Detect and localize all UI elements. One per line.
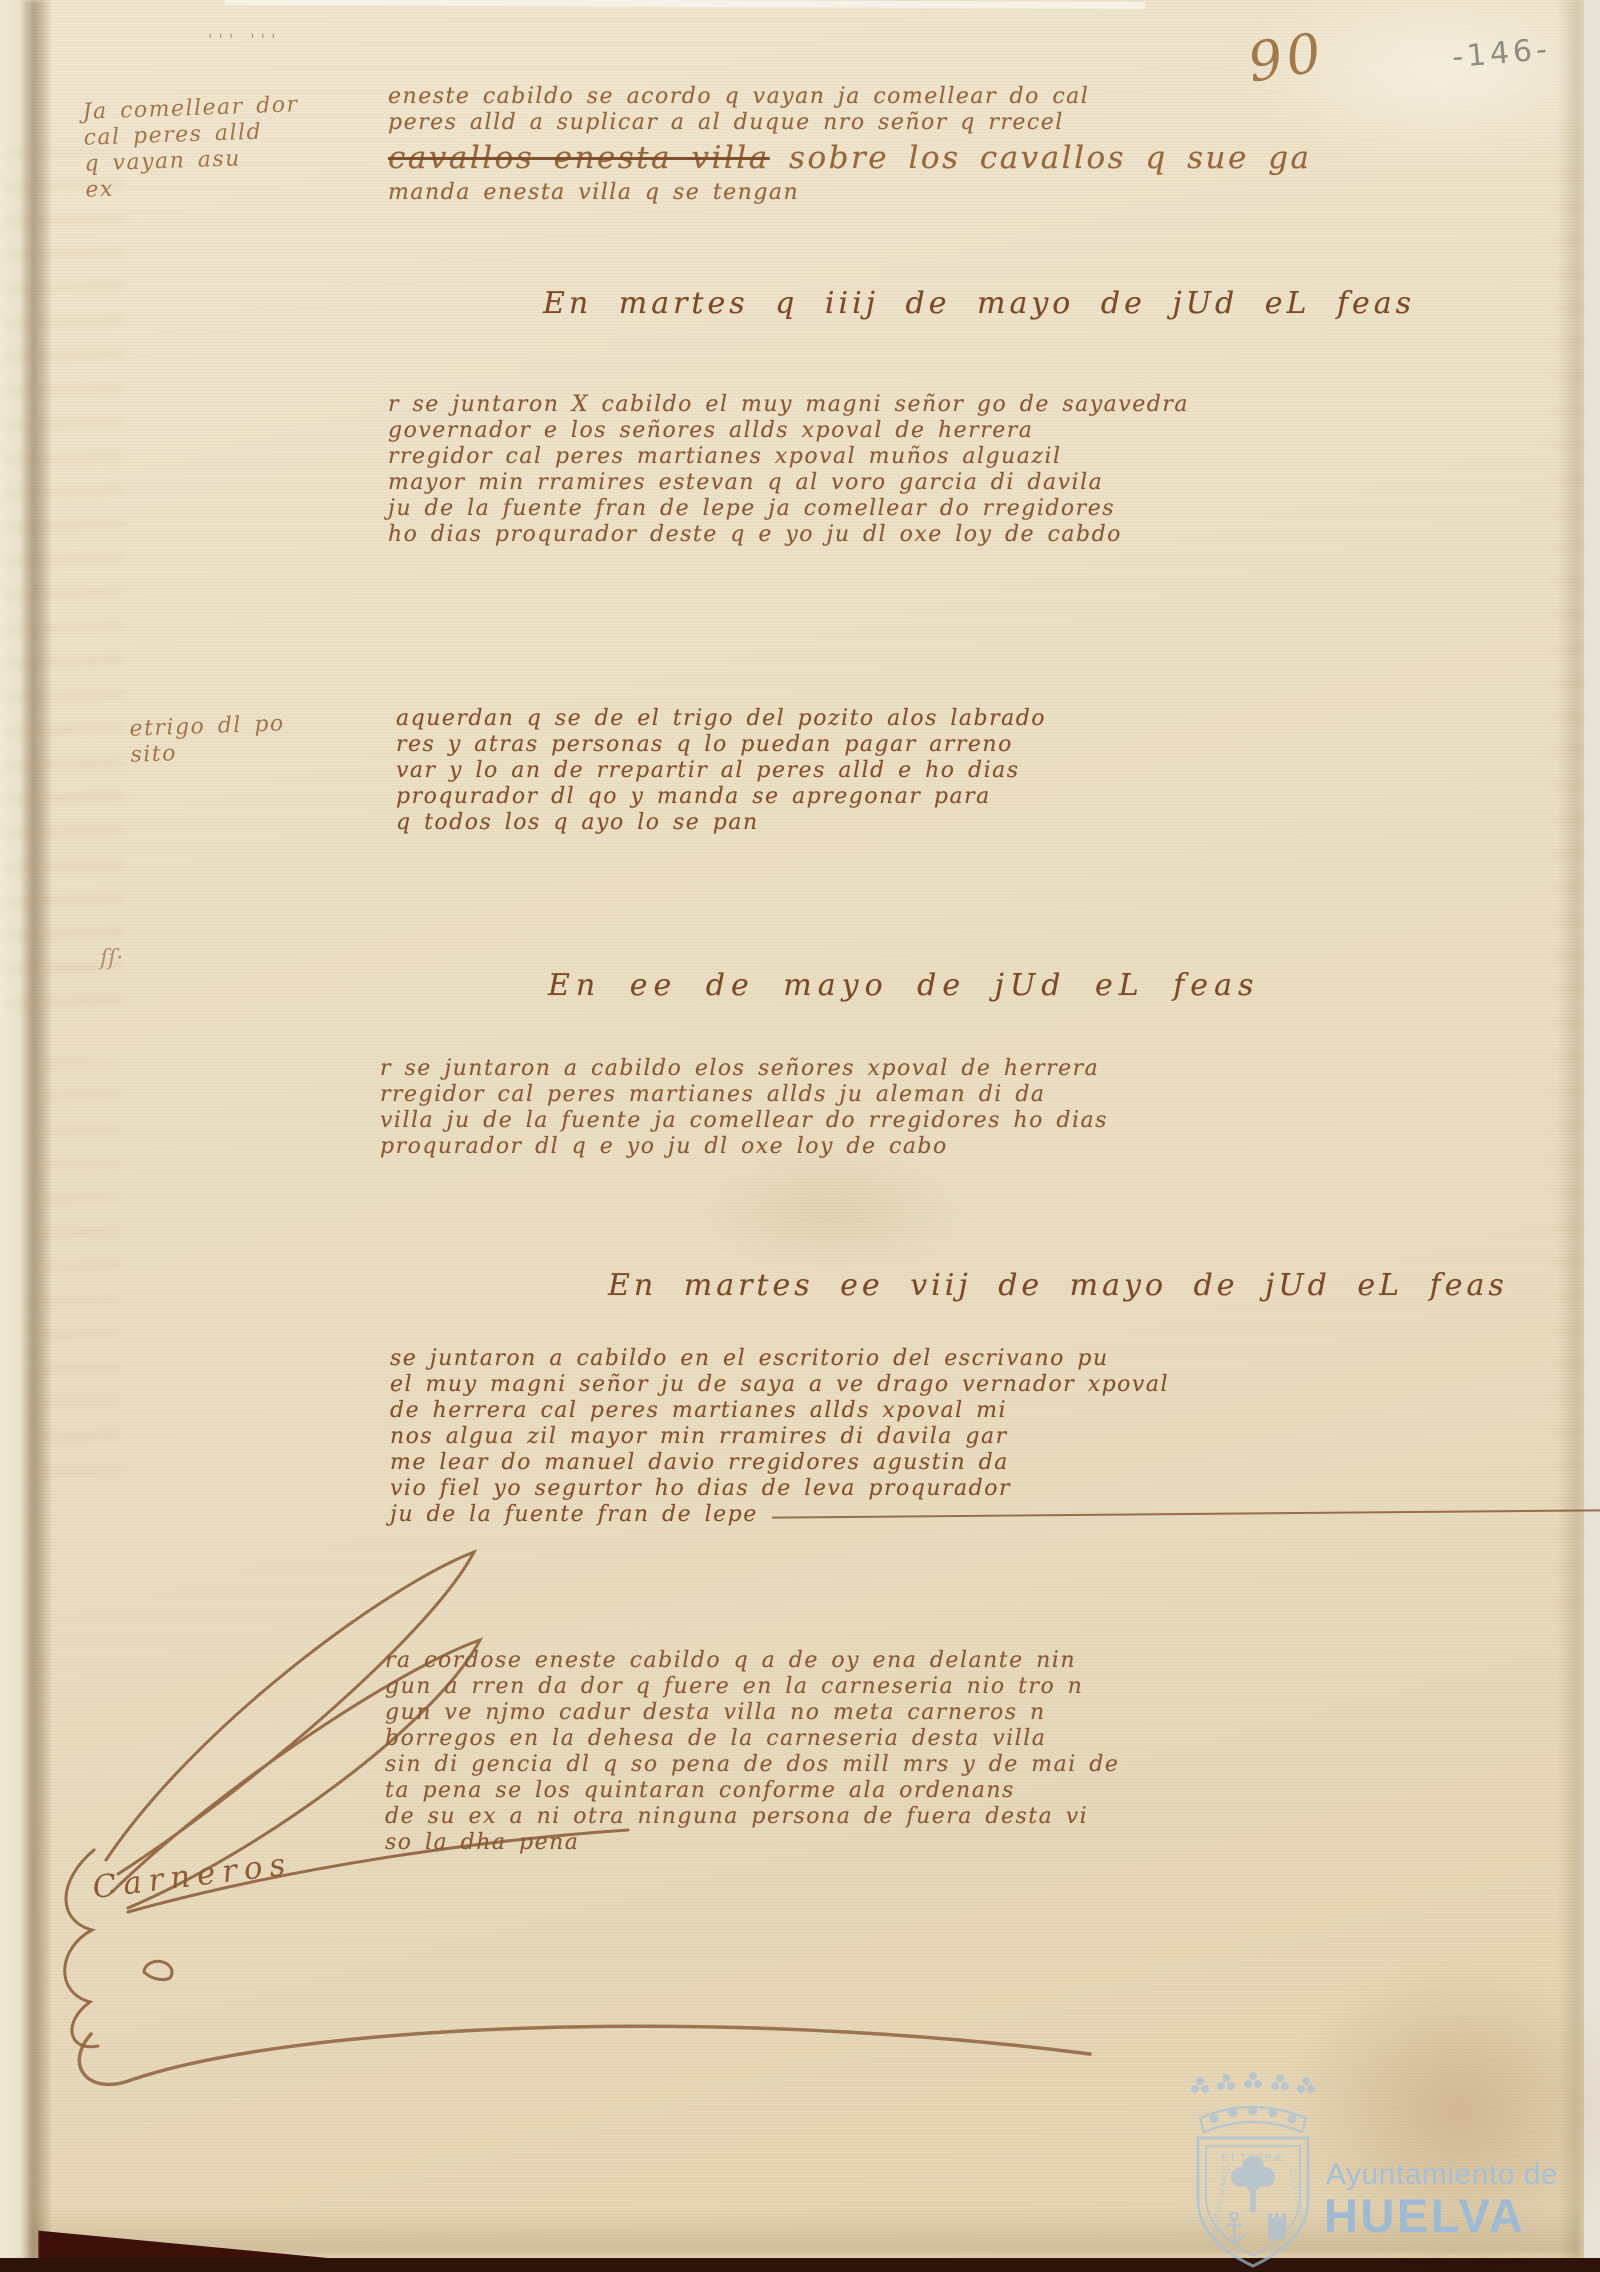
manuscript-scan-page: 90 -146- ''' ''' Ja comellear dorcal per…: [0, 0, 1600, 2272]
manuscript-line: ju de la fuente fran de lepe: [390, 1502, 1585, 1528]
manuscript-line: r se juntaron X cabildo el muy magni señ…: [388, 392, 1583, 418]
manuscript-line: rregidor cal peres martianes allds ju al…: [380, 1082, 1580, 1108]
manuscript-line: nos algua zil mayor min rramires di davi…: [390, 1424, 1585, 1450]
scan-background-top: [225, 0, 1145, 9]
watermark-org-name: Ayuntamiento de: [1326, 2158, 1558, 2192]
manuscript-line: manda enesta villa q se tengan: [388, 180, 1578, 206]
scan-background-right: [1584, 0, 1600, 2272]
manuscript-line: var y lo an de rrepartir al peres alld e…: [396, 758, 1576, 784]
margin-note-approval: Ja comellear dorcal peres alldq vayan as…: [82, 92, 301, 203]
manuscript-line: vio fiel yo segurtor ho dias de leva pro…: [390, 1476, 1585, 1502]
interlinear-rule: [772, 1509, 1600, 1518]
manuscript-line: sin di gencia dl q so pena de dos mill m…: [385, 1752, 1585, 1778]
entry-paragraph: eneste cabildo se acordo q vayan ja come…: [388, 84, 1578, 206]
manuscript-line: cavallos enesta villa sobre los cavallos…: [388, 136, 1578, 180]
manuscript-line: proqurador dl qo y manda se apregonar pa…: [396, 784, 1576, 810]
manuscript-line: rregidor cal peres martianes xpoval muño…: [388, 444, 1583, 470]
entry-paragraph: ra cordose eneste cabildo q a de oy ena …: [385, 1648, 1585, 1856]
manuscript-line: sito: [130, 737, 286, 768]
entry-heading: En martes ee viij de mayo de jUd eL feas: [608, 1268, 1508, 1303]
manuscript-line: eneste cabildo se acordo q vayan ja come…: [388, 84, 1578, 110]
manuscript-line: de su ex a ni otra ninguna persona de fu…: [385, 1804, 1585, 1830]
manuscript-line: r se juntaron a cabildo elos señores xpo…: [380, 1056, 1580, 1082]
struck-text: cavallos enesta villa: [388, 140, 770, 176]
manuscript-line: proqurador dl q e yo ju dl oxe loy de ca…: [380, 1134, 1580, 1160]
manuscript-line: ho dias proqurador deste q e yo ju dl ox…: [388, 522, 1583, 548]
manuscript-line: etrigo dl po: [129, 711, 285, 742]
manuscript-line: villa ju de la fuente ja comellear do rr…: [380, 1108, 1580, 1134]
manuscript-line: mayor min rramires estevan q al voro gar…: [388, 470, 1583, 496]
margin-note-trigo: etrigo dl posito: [129, 711, 286, 768]
tree-emblem: [1231, 2156, 1275, 2212]
entry-paragraph: se juntaron a cabildo en el escritorio d…: [390, 1346, 1585, 1528]
manuscript-line: borregos en la dehesa de la carneseria d…: [385, 1726, 1585, 1752]
anchor-emblem: [1223, 2213, 1245, 2243]
manuscript-line: ju de la fuente fran de lepe ja comellea…: [388, 496, 1583, 522]
margin-tick-marks: ''' ''': [208, 30, 281, 49]
manuscript-line: governador e los señores allds xpoval de…: [388, 418, 1583, 444]
tower-emblem: [1268, 2213, 1286, 2239]
entry-heading: En martes q iiij de mayo de jUd eL feas: [543, 286, 1415, 321]
manuscript-line: se juntaron a cabildo en el escritorio d…: [390, 1346, 1585, 1372]
shield-motto-left: PORTUS MARIS: [1208, 2163, 1231, 2240]
manuscript-line: gun ve njmo cadur desta villa no meta ca…: [385, 1700, 1585, 1726]
entry-heading: En ee de mayo de jUd eL feas: [548, 968, 1259, 1003]
manuscript-line: me lear do manuel davio rregidores agust…: [390, 1450, 1585, 1476]
huelva-coat-of-arms-icon: ET TERRÆ PORTUS MARIS CUSTODIA: [1188, 2072, 1318, 2272]
paper-stain: [700, 1150, 960, 1270]
manuscript-line: peres alld a suplicar a al duque nro señ…: [388, 110, 1578, 136]
shield-motto-right: CUSTODIA: [1288, 2169, 1307, 2222]
watermark-city-name: HUELVA: [1324, 2188, 1525, 2243]
margin-label-carneros: Carneros: [91, 1846, 295, 1906]
binding-gutter-shadow: [20, 0, 50, 2272]
manuscript-line: so la dha pena: [385, 1830, 1585, 1856]
entry-paragraph: r se juntaron a cabildo elos señores xpo…: [380, 1056, 1580, 1160]
underline-flourish: [55, 1996, 1115, 2116]
manuscript-line: ta pena se los quintaran conforme ala or…: [385, 1778, 1585, 1804]
manuscript-line: res y atras personas q lo puedan pagar a…: [396, 732, 1576, 758]
manuscript-line: ra cordose eneste cabildo q a de oy ena …: [385, 1648, 1585, 1674]
entry-paragraph: r se juntaron X cabildo el muy magni señ…: [388, 392, 1583, 548]
manuscript-line: q todos los q ayo lo se pan: [396, 810, 1576, 836]
manuscript-line: el muy magni señor ju de saya a ve drago…: [390, 1372, 1585, 1398]
ink-bleedthrough: [40, 1060, 120, 1480]
entry-paragraph: aquerdan q se de el trigo del pozito alo…: [396, 706, 1576, 836]
manuscript-line: gun a rren da dor q fuere en la carneser…: [385, 1674, 1585, 1700]
margin-scribal-mark: ſſ·: [100, 946, 123, 971]
manuscript-line: de herrera cal peres martianes allds xpo…: [390, 1398, 1585, 1424]
scan-background-bottom: [0, 2258, 1600, 2272]
manuscript-line: aquerdan q se de el trigo del pozito alo…: [396, 706, 1576, 732]
